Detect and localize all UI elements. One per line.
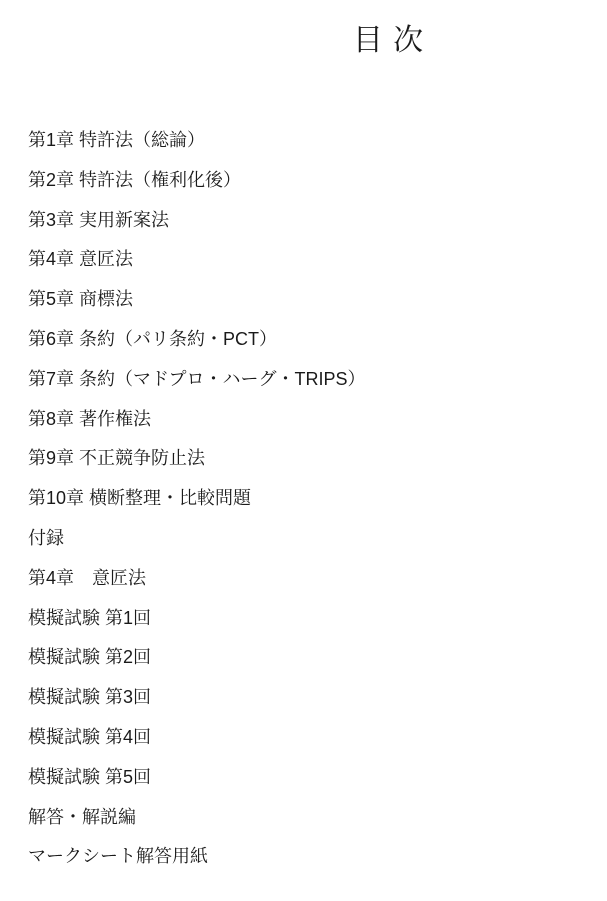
toc-list: 第1章 特許法（総論）第2章 特許法（権利化後）第3章 実用新案法第4章 意匠法… bbox=[28, 121, 591, 877]
toc-item[interactable]: 付録 bbox=[28, 519, 591, 559]
toc-item[interactable]: 第10章 横断整理・比較問題 bbox=[28, 479, 591, 519]
toc-item[interactable]: 模擬試験 第4回 bbox=[28, 718, 591, 758]
toc-item[interactable]: 模擬試験 第2回 bbox=[28, 638, 591, 678]
toc-item[interactable]: 解答・解説編 bbox=[28, 798, 591, 838]
toc-page: 目 次 第1章 特許法（総論）第2章 特許法（権利化後）第3章 実用新案法第4章… bbox=[0, 0, 607, 901]
toc-item[interactable]: 第4章 意匠法 bbox=[28, 240, 591, 280]
toc-item[interactable]: 第3章 実用新案法 bbox=[28, 201, 591, 241]
toc-item[interactable]: 第5章 商標法 bbox=[28, 280, 591, 320]
toc-item[interactable]: 第6章 条約（パリ条約・PCT） bbox=[28, 320, 591, 360]
toc-item[interactable]: 第4章 意匠法 bbox=[28, 559, 591, 599]
toc-item[interactable]: 模擬試験 第3回 bbox=[28, 678, 591, 718]
toc-item[interactable]: 第9章 不正競争防止法 bbox=[28, 439, 591, 479]
toc-item[interactable]: 第2章 特許法（権利化後） bbox=[28, 161, 591, 201]
toc-item[interactable]: 第7章 条約（マドプロ・ハーグ・TRIPS） bbox=[28, 360, 591, 400]
page-title: 目 次 bbox=[0, 23, 607, 59]
toc-item[interactable]: 第8章 著作権法 bbox=[28, 400, 591, 440]
toc-item[interactable]: マークシート解答用紙 bbox=[28, 837, 591, 877]
toc-item[interactable]: 第1章 特許法（総論） bbox=[28, 121, 591, 161]
toc-item[interactable]: 模擬試験 第1回 bbox=[28, 599, 591, 639]
toc-item[interactable]: 模擬試験 第5回 bbox=[28, 758, 591, 798]
